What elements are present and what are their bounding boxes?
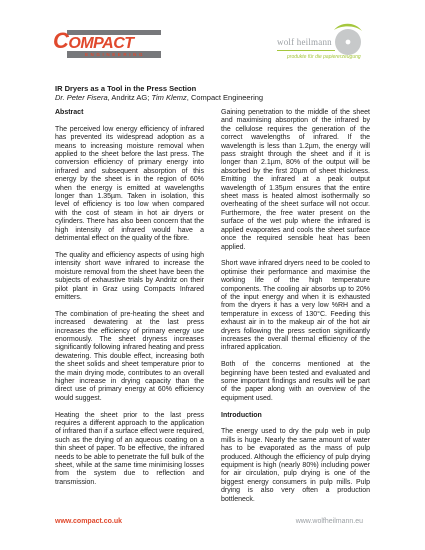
paragraph: Short wave infrared dryers need to be co… bbox=[221, 260, 370, 352]
abstract-heading: Abstract bbox=[55, 109, 204, 117]
wolfheilmann-url-link[interactable]: www.wolfheilmann.eu bbox=[296, 518, 363, 525]
byline-affiliation2: , Compact Engineering bbox=[187, 93, 263, 102]
page-title: IR Dryers as a Tool in the Press Section bbox=[55, 84, 369, 93]
wolfheilmann-tagline: produkte für die papiererzeugung bbox=[287, 54, 369, 60]
paragraph: The perceived low energy efficiency of i… bbox=[55, 126, 204, 244]
wolfheilmann-underline bbox=[277, 50, 335, 51]
paper-roll-icon bbox=[331, 22, 365, 56]
compact-engineering-logo: COMPACT ENGINEERING bbox=[53, 29, 168, 63]
logo-bottom-bar: ENGINEERING bbox=[67, 51, 161, 58]
paragraph: The energy used to dry the pulp web in p… bbox=[221, 428, 370, 504]
compact-url-link[interactable]: www.compact.co.uk bbox=[55, 518, 122, 525]
wolfheilmann-logo: wolf heilmann produkte für die papiererz… bbox=[277, 22, 369, 67]
body-columns: Abstract The perceived low energy effici… bbox=[55, 109, 370, 512]
introduction-heading: Introduction bbox=[221, 412, 370, 420]
byline-author1: Dr. Peter Fisera bbox=[55, 93, 108, 102]
paragraph: The quality and efficiency aspects of us… bbox=[55, 252, 204, 302]
byline-affiliation1: , Andritz AG; bbox=[108, 93, 152, 102]
paragraph: Both of the concerns mentioned at the be… bbox=[221, 361, 370, 403]
footer: www.compact.co.uk www.wolfheilmann.eu bbox=[55, 518, 363, 525]
compact-wordmark-initial: C bbox=[53, 28, 68, 53]
byline: Dr. Peter Fisera, Andritz AG; Tim Klemz,… bbox=[55, 93, 369, 102]
paragraph: Gaining penetration to the middle of the… bbox=[221, 109, 370, 252]
left-column: Abstract The perceived low energy effici… bbox=[55, 109, 204, 512]
right-column: Gaining penetration to the middle of the… bbox=[221, 109, 370, 512]
compact-wordmark-rest: OMPACT bbox=[68, 35, 133, 52]
paragraph: Heating the sheet prior to the last pres… bbox=[55, 412, 204, 488]
title-block: IR Dryers as a Tool in the Press Section… bbox=[55, 84, 369, 102]
paragraph: The combination of pre-heating the sheet… bbox=[55, 311, 204, 403]
engineering-label: ENGINEERING bbox=[85, 52, 145, 57]
document-page: COMPACT ENGINEERING wolf heilmann produk… bbox=[0, 0, 425, 550]
byline-author2: Tim Klemz bbox=[151, 93, 186, 102]
wolfheilmann-wordmark: wolf heilmann bbox=[277, 37, 335, 47]
